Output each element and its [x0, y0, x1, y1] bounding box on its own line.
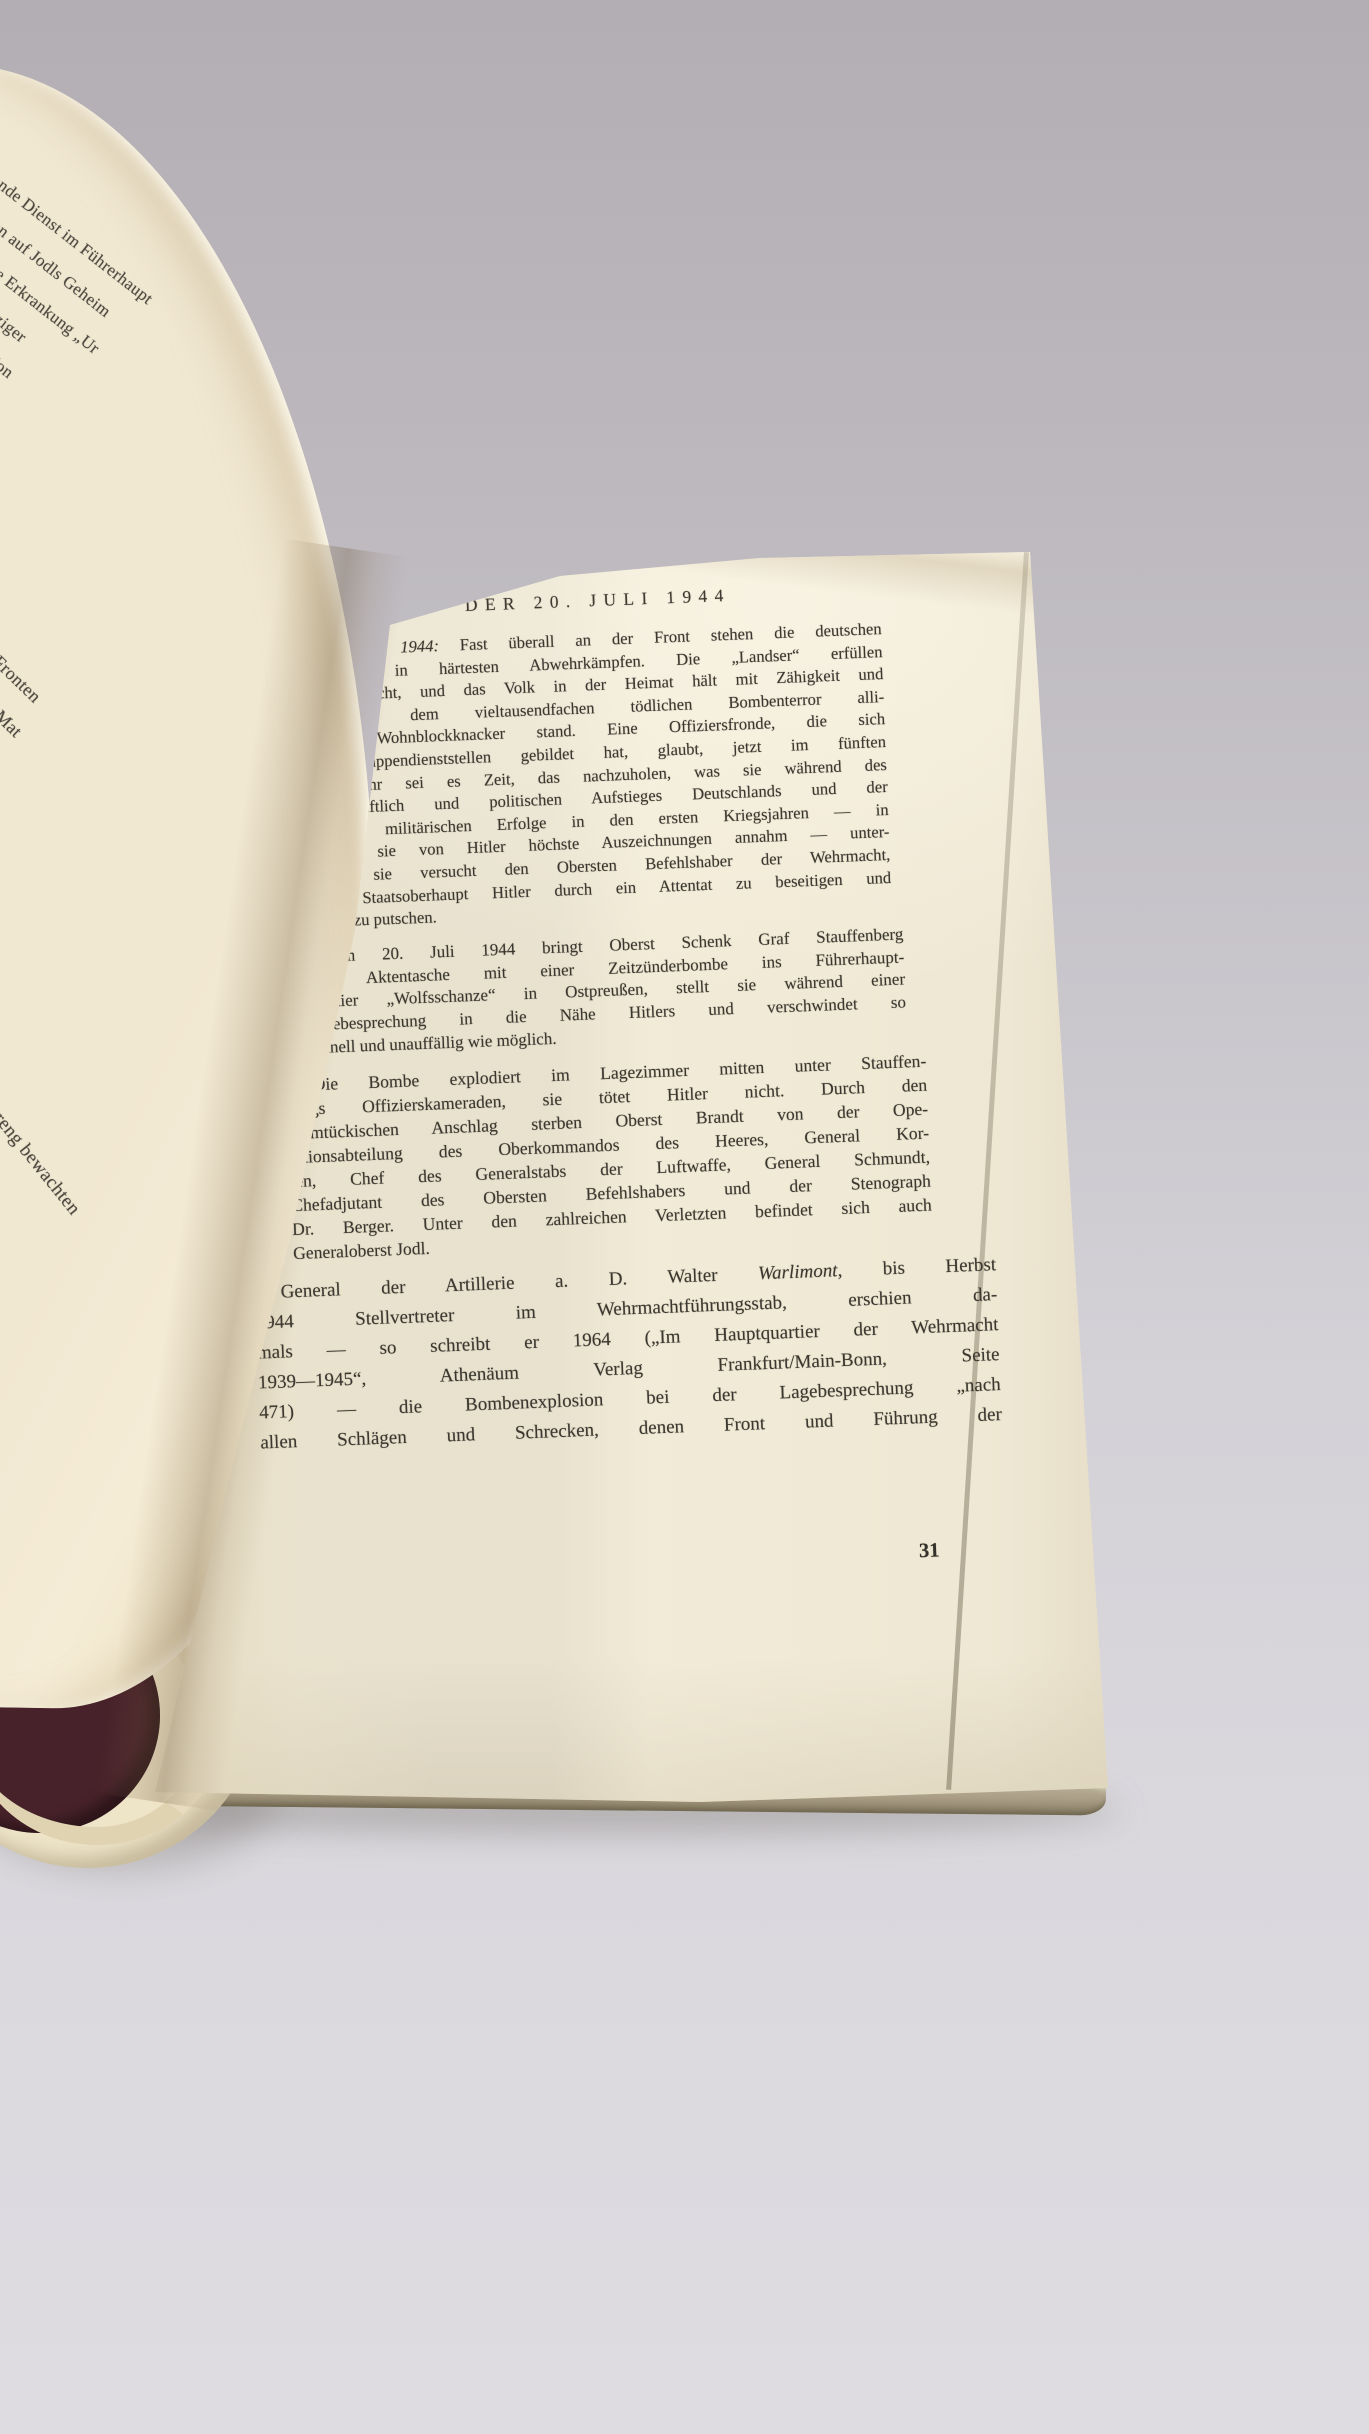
- photo-backdrop: Der aufreibende Dienst im Führerhauptn A…: [0, 0, 1369, 2434]
- chapter-heading: DER 20. JULI 1944: [310, 579, 885, 622]
- body-paragraph: Die Bombe explodiert im Lagezimmer mitte…: [286, 1048, 933, 1264]
- body-paragraph: Sommer 1944: Fast überall an der Front s…: [307, 618, 893, 934]
- body-paragraph: Am 20. Juli 1944 bringt Oberst Schenk Gr…: [303, 923, 907, 1060]
- body-paragraph: General der Artillerie a. D. Walter Warl…: [254, 1250, 1002, 1458]
- page-number: 31: [919, 1540, 940, 1564]
